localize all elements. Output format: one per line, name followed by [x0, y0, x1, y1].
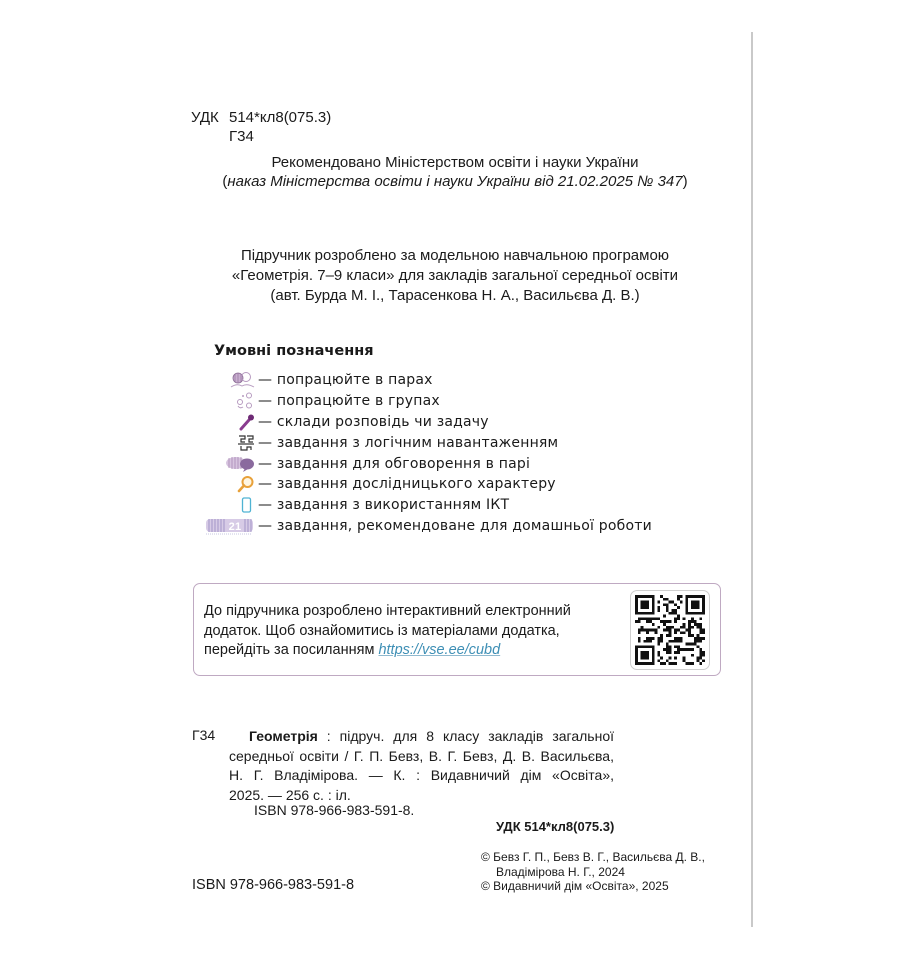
author-mark-code: Г34: [229, 128, 254, 145]
legend-text: — завдання з використанням ІКТ: [258, 497, 509, 513]
link-prefix: перейдіть за посиланням: [204, 642, 378, 658]
supplement-description: До підручника розроблено інтерактивний е…: [204, 602, 571, 661]
page-edge-line: [751, 32, 753, 927]
program-line-1: Підручник розроблено за модельною навчал…: [190, 247, 720, 264]
legend-item: — попрацюйте в групах: [190, 391, 652, 412]
catalog-author-mark: Г34: [192, 727, 215, 743]
order-text: наказ Міністерства освіти і науки Україн…: [227, 173, 682, 190]
legend-text: — завдання з логічним навантаженням: [258, 435, 558, 451]
supplement-line-1: До підручника розроблено інтерактивний е…: [204, 602, 571, 622]
legend-title: Умовні позначення: [214, 343, 374, 359]
legend-text: — склади розповідь чи задачу: [258, 414, 489, 430]
microphone-icon: [190, 413, 258, 431]
logic-puzzle-icon: [190, 434, 258, 452]
legend-item: — завдання дослідницького характеру: [190, 474, 652, 495]
homework-number-icon: 21: [190, 517, 258, 535]
qr-code-icon[interactable]: [630, 590, 710, 670]
smartphone-icon: [190, 496, 258, 514]
legend-item: — завдання для обговорення в парі: [190, 453, 652, 474]
catalog-udk: УДК 514*кл8(075.3): [496, 819, 614, 834]
copyright-authors: © Бевз Г. П., Бевз В. Г., Васильєва Д. В…: [481, 850, 705, 865]
udk-label: УДК: [191, 109, 219, 126]
legend-text: — попрацюйте в групах: [258, 393, 440, 409]
catalog-isbn: ISBN 978-966-983-591-8.: [254, 802, 414, 818]
legend-item: — завдання з логічним навантаженням: [190, 432, 652, 453]
legend-item: — завдання з використанням ІКТ: [190, 495, 652, 516]
ministry-recommendation: Рекомендовано Міністерством освіти і нау…: [190, 154, 720, 171]
speech-bubbles-icon: [190, 455, 258, 473]
svg-text:21: 21: [229, 521, 242, 533]
copyright-publisher: © Видавничий дім «Освіта», 2025: [481, 879, 705, 894]
card-line-3: Н. Г. Владімірова. — К. : Видавничий дім…: [229, 766, 614, 786]
pair-work-icon: [190, 371, 258, 389]
legend-text: — завдання, рекомендоване для домашньої …: [258, 518, 652, 534]
group-work-icon: [190, 392, 258, 410]
copyright-authors-cont: Владімірова Н. Г., 2024: [481, 865, 705, 880]
copyright-block: © Бевз Г. П., Бевз В. Г., Васильєва Д. В…: [481, 850, 705, 894]
footer-isbn: ISBN 978-966-983-591-8: [192, 877, 354, 893]
magnifier-icon: [190, 475, 258, 493]
legend-list: — попрацюйте в парах — попрацюйте в груп…: [190, 370, 652, 536]
catalog-card: Геометрія : підруч. для 8 класу закладів…: [229, 727, 614, 805]
legend-text: — попрацюйте в парах: [258, 372, 433, 388]
interactive-supplement-box: До підручника розроблено інтерактивний е…: [193, 583, 721, 676]
ministry-order: (наказ Міністерства освіти і науки Украї…: [190, 173, 720, 190]
legend-text: — завдання дослідницького характеру: [258, 476, 556, 492]
card-line-1: Геометрія : підруч. для 8 класу закладів…: [229, 727, 614, 747]
program-line-3: (авт. Бурда М. І., Тарасенкова Н. А., Ва…: [190, 287, 720, 304]
udk-value: 514*кл8(075.3): [229, 109, 331, 126]
book-title: Геометрія: [249, 728, 318, 744]
card-line-1-rest: : підруч. для 8 класу закладів загальної: [318, 728, 614, 744]
supplement-line-3: перейдіть за посиланням https://vse.ee/c…: [204, 641, 571, 661]
legend-item: — склади розповідь чи задачу: [190, 412, 652, 433]
legend-item: — попрацюйте в парах: [190, 370, 652, 391]
supplement-line-2: додаток. Щоб ознайомитись із матеріалами…: [204, 622, 571, 642]
paren-close: ): [683, 173, 688, 190]
card-line-2: середньої освіти / Г. П. Бевз, В. Г. Бев…: [229, 747, 614, 767]
supplement-link[interactable]: https://vse.ee/cubd: [378, 642, 500, 658]
program-line-2: «Геометрія. 7–9 класи» для закладів зага…: [190, 267, 720, 284]
legend-item: 21 — завдання, рекомендоване для домашнь…: [190, 516, 652, 537]
legend-text: — завдання для обговорення в парі: [258, 456, 530, 472]
